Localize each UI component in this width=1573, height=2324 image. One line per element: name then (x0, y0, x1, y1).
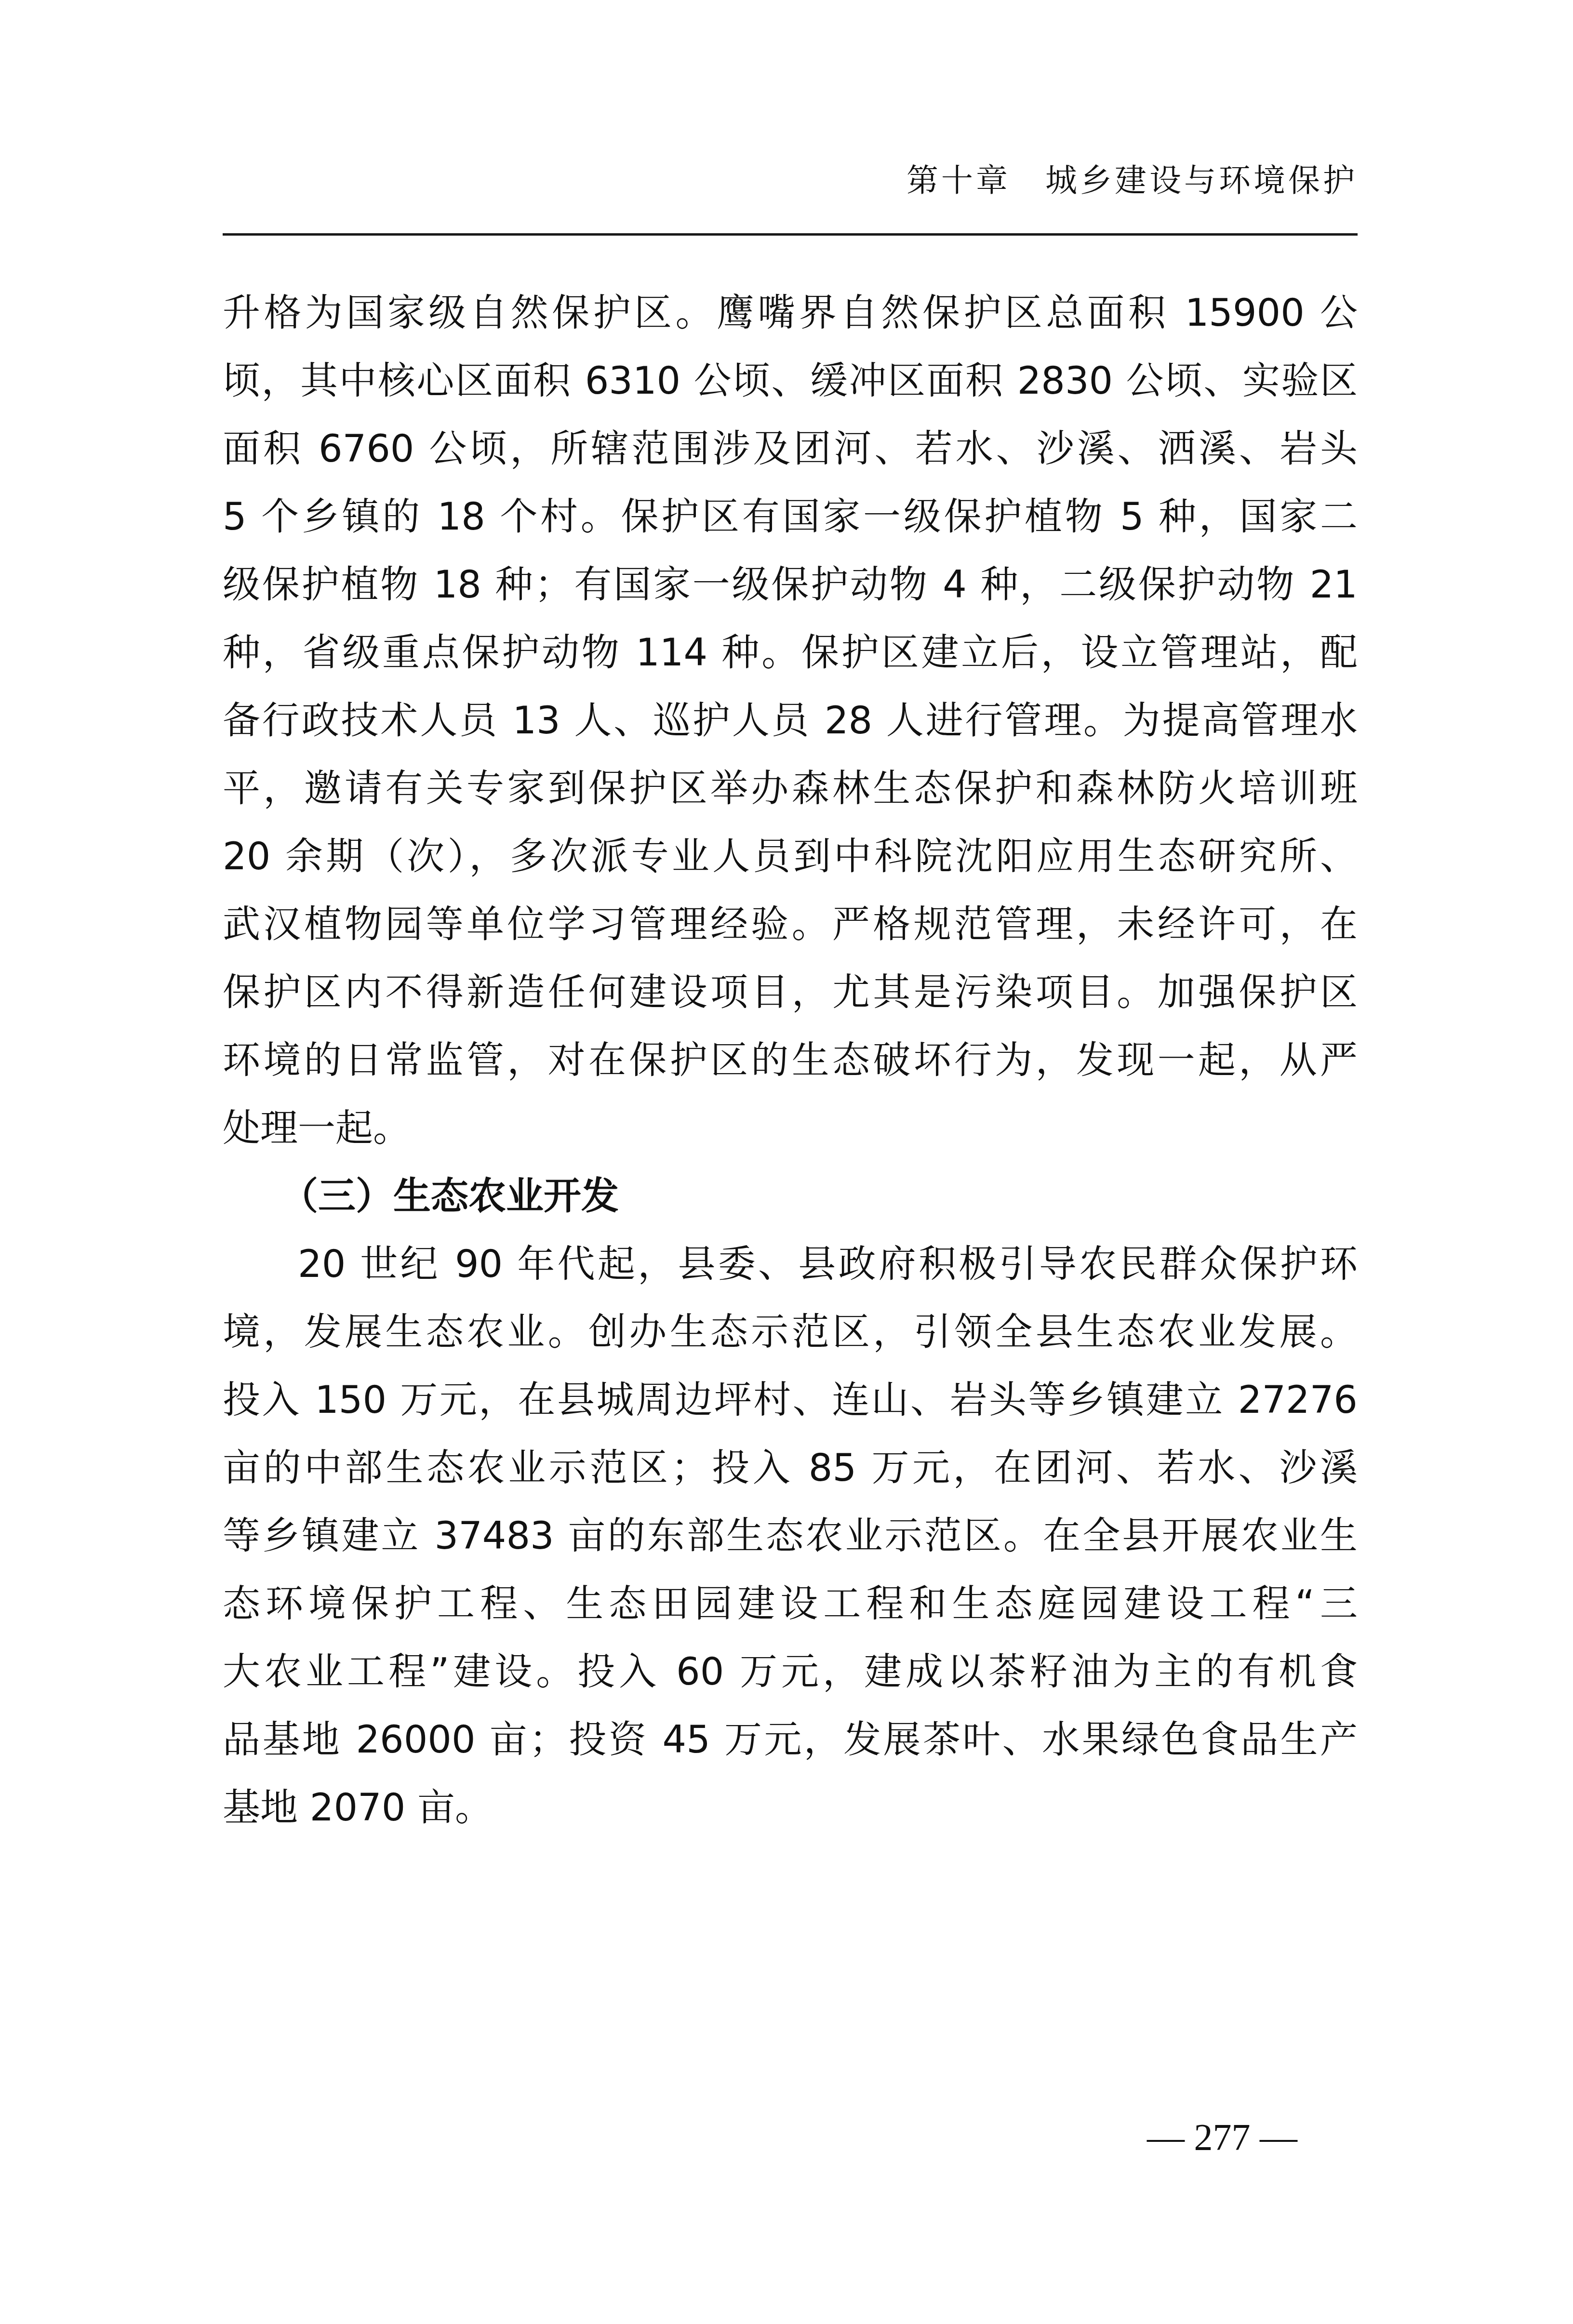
text-line: 5 个乡镇的 18 个村。保护区有国家一级保护植物 5 种，国家二 (223, 483, 1358, 551)
text-line: 升格为国家级自然保护区。鹰嘴界自然保护区总面积 15900 公 (223, 279, 1358, 347)
chapter-title: 第十章 城乡建设与环境保护 (906, 159, 1358, 202)
text-line: 平，邀请有关专家到保护区举办森林生态保护和森林防火培训班 (223, 755, 1358, 823)
header-rule (223, 233, 1358, 236)
text-line: 环境的日常监管，对在保护区的生态破坏行为，发现一起，从严 (223, 1027, 1358, 1095)
text-line: 备行政技术人员 13 人、巡护人员 28 人进行管理。为提高管理水 (223, 687, 1358, 755)
text-line: 品基地 26000 亩；投资 45 万元，发展茶叶、水果绿色食品生产 (223, 1706, 1358, 1774)
section-heading: （三）生态农业开发 (223, 1163, 1358, 1231)
text-line: 级保护植物 18 种；有国家一级保护动物 4 种，二级保护动物 21 (223, 551, 1358, 619)
text-line: 20 世纪 90 年代起，县委、县政府积极引导农民群众保护环 (223, 1231, 1358, 1299)
text-line: 态环境保护工程、生态田园建设工程和生态庭园建设工程“三 (223, 1570, 1358, 1638)
body-text: 升格为国家级自然保护区。鹰嘴界自然保护区总面积 15900 公 顷，其中核心区面… (223, 279, 1358, 1842)
running-header: 第十章 城乡建设与环境保护 (223, 149, 1358, 207)
text-line: 面积 6760 公顷，所辖范围涉及团河、若水、沙溪、洒溪、岩头 (223, 415, 1358, 483)
page-number: — 277 — (1147, 2111, 1297, 2164)
text-line: 种，省级重点保护动物 114 种。保护区建立后，设立管理站，配 (223, 619, 1358, 687)
text-line: 投入 150 万元，在县城周边坪村、连山、岩头等乡镇建立 27276 (223, 1367, 1358, 1434)
paragraph-eco-agriculture: 20 世纪 90 年代起，县委、县政府积极引导农民群众保护环 境，发展生态农业。… (223, 1231, 1358, 1842)
paragraph-nature-reserve: 升格为国家级自然保护区。鹰嘴界自然保护区总面积 15900 公 顷，其中核心区面… (223, 279, 1358, 1163)
text-line: 亩的中部生态农业示范区；投入 85 万元，在团河、若水、沙溪 (223, 1434, 1358, 1502)
text-line: 等乡镇建立 37483 亩的东部生态农业示范区。在全县开展农业生 (223, 1502, 1358, 1570)
text-line: 武汉植物园等单位学习管理经验。严格规范管理，未经许可，在 (223, 891, 1358, 959)
text-line: 大农业工程”建设。投入 60 万元，建成以茶籽油为主的有机食 (223, 1638, 1358, 1706)
text-line: 基地 2070 亩。 (223, 1774, 1358, 1842)
text-line: 顷，其中核心区面积 6310 公顷、缓冲区面积 2830 公顷、实验区 (223, 347, 1358, 415)
text-line: 保护区内不得新造任何建设项目，尤其是污染项目。加强保护区 (223, 959, 1358, 1027)
text-line: 处理一起。 (223, 1095, 1358, 1163)
text-line: 境，发展生态农业。创办生态示范区，引领全县生态农业发展。 (223, 1299, 1358, 1367)
text-line: 20 余期（次），多次派专业人员到中科院沈阳应用生态研究所、 (223, 823, 1358, 891)
